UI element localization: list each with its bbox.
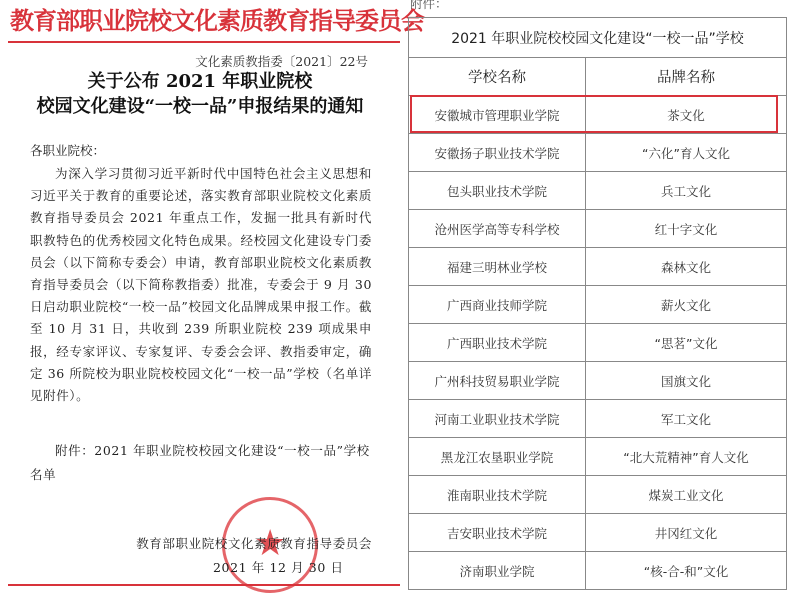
school-name: 安徽扬子职业技术学院 [409, 134, 586, 172]
notice-title-line2: 校园文化建设“一校一品”申报结果的通知 [0, 95, 400, 119]
table-row: 济南职业学院“核-合-和”文化 [409, 552, 787, 590]
brand-name: 红十字文化 [586, 210, 787, 248]
school-name: 沧州医学高等专科学校 [409, 210, 586, 248]
school-name: 河南工业职业技术学院 [409, 400, 586, 438]
table-row: 黑龙江农垦职业学院“北大荒精神”育人文化 [409, 438, 787, 476]
brand-name: 军工文化 [586, 400, 787, 438]
notice-body: 为深入学习贯彻习近平新时代中国特色社会主义思想和习近平关于教育的重要论述，落实教… [30, 163, 372, 407]
school-name: 福建三明林业学校 [409, 248, 586, 286]
school-name: 广西商业技师学院 [409, 286, 586, 324]
brand-name: 井冈红文化 [586, 514, 787, 552]
column-header-brand: 品牌名称 [586, 58, 787, 96]
brand-name: 煤炭工业文化 [586, 476, 787, 514]
notice-document: 教育部职业院校文化素质教育指导委员会 文化素质教指委〔2021〕22号 关于公布… [0, 0, 400, 600]
school-name: 吉安职业技术学院 [409, 514, 586, 552]
table-row: 广西职业技术学院“思茗”文化 [409, 324, 787, 362]
brand-name: 国旗文化 [586, 362, 787, 400]
brand-name: “六化”育人文化 [586, 134, 787, 172]
table-row: 淮南职业技术学院煤炭工业文化 [409, 476, 787, 514]
annex-document: 附件： 2021 年职业院校校园文化建设“一校一品”学校 学校名称 品牌名称 安… [400, 0, 799, 600]
table-title: 2021 年职业院校校园文化建设“一校一品”学校 [409, 18, 787, 58]
signature-date: 2021 年 12 月 30 日 [213, 558, 344, 576]
red-divider-bottom [8, 584, 400, 586]
school-name: 广西职业技术学院 [409, 324, 586, 362]
school-name: 黑龙江农垦职业学院 [409, 438, 586, 476]
red-divider-top [8, 41, 400, 43]
brand-name: “思茗”文化 [586, 324, 787, 362]
table-row: 广西商业技师学院薪火文化 [409, 286, 787, 324]
annex-label: 附件： [410, 0, 448, 12]
table-row: 河南工业职业技术学院军工文化 [409, 400, 787, 438]
notice-title-line1: 关于公布 2021 年职业院校 [0, 70, 400, 94]
school-name: 广州科技贸易职业学院 [409, 362, 586, 400]
org-header: 教育部职业院校文化素质教育指导委员会 [10, 6, 398, 36]
table-row: 广州科技贸易职业学院国旗文化 [409, 362, 787, 400]
brand-name: “北大荒精神”育人文化 [586, 438, 787, 476]
brand-name: “核-合-和”文化 [586, 552, 787, 590]
column-header-school: 学校名称 [409, 58, 586, 96]
table-row: 包头职业技术学院兵工文化 [409, 172, 787, 210]
attachment-note: 附件：2021 年职业院校校园文化建设“一校一品”学校名单 [30, 439, 372, 487]
school-name: 济南职业学院 [409, 552, 586, 590]
school-name: 包头职业技术学院 [409, 172, 586, 210]
table-row: 安徽扬子职业技术学院“六化”育人文化 [409, 134, 787, 172]
table-row: 沧州医学高等专科学校红十字文化 [409, 210, 787, 248]
brand-name: 森林文化 [586, 248, 787, 286]
highlight-box [410, 95, 778, 133]
table-row: 福建三明林业学校森林文化 [409, 248, 787, 286]
school-name: 淮南职业技术学院 [409, 476, 586, 514]
table-row: 吉安职业技术学院井冈红文化 [409, 514, 787, 552]
brand-name: 兵工文化 [586, 172, 787, 210]
signature: 教育部职业院校文化素质教育指导委员会 [136, 534, 372, 552]
salutation: 各职业院校： [30, 141, 105, 159]
brand-name: 薪火文化 [586, 286, 787, 324]
document-number: 文化素质教指委〔2021〕22号 [195, 52, 368, 70]
